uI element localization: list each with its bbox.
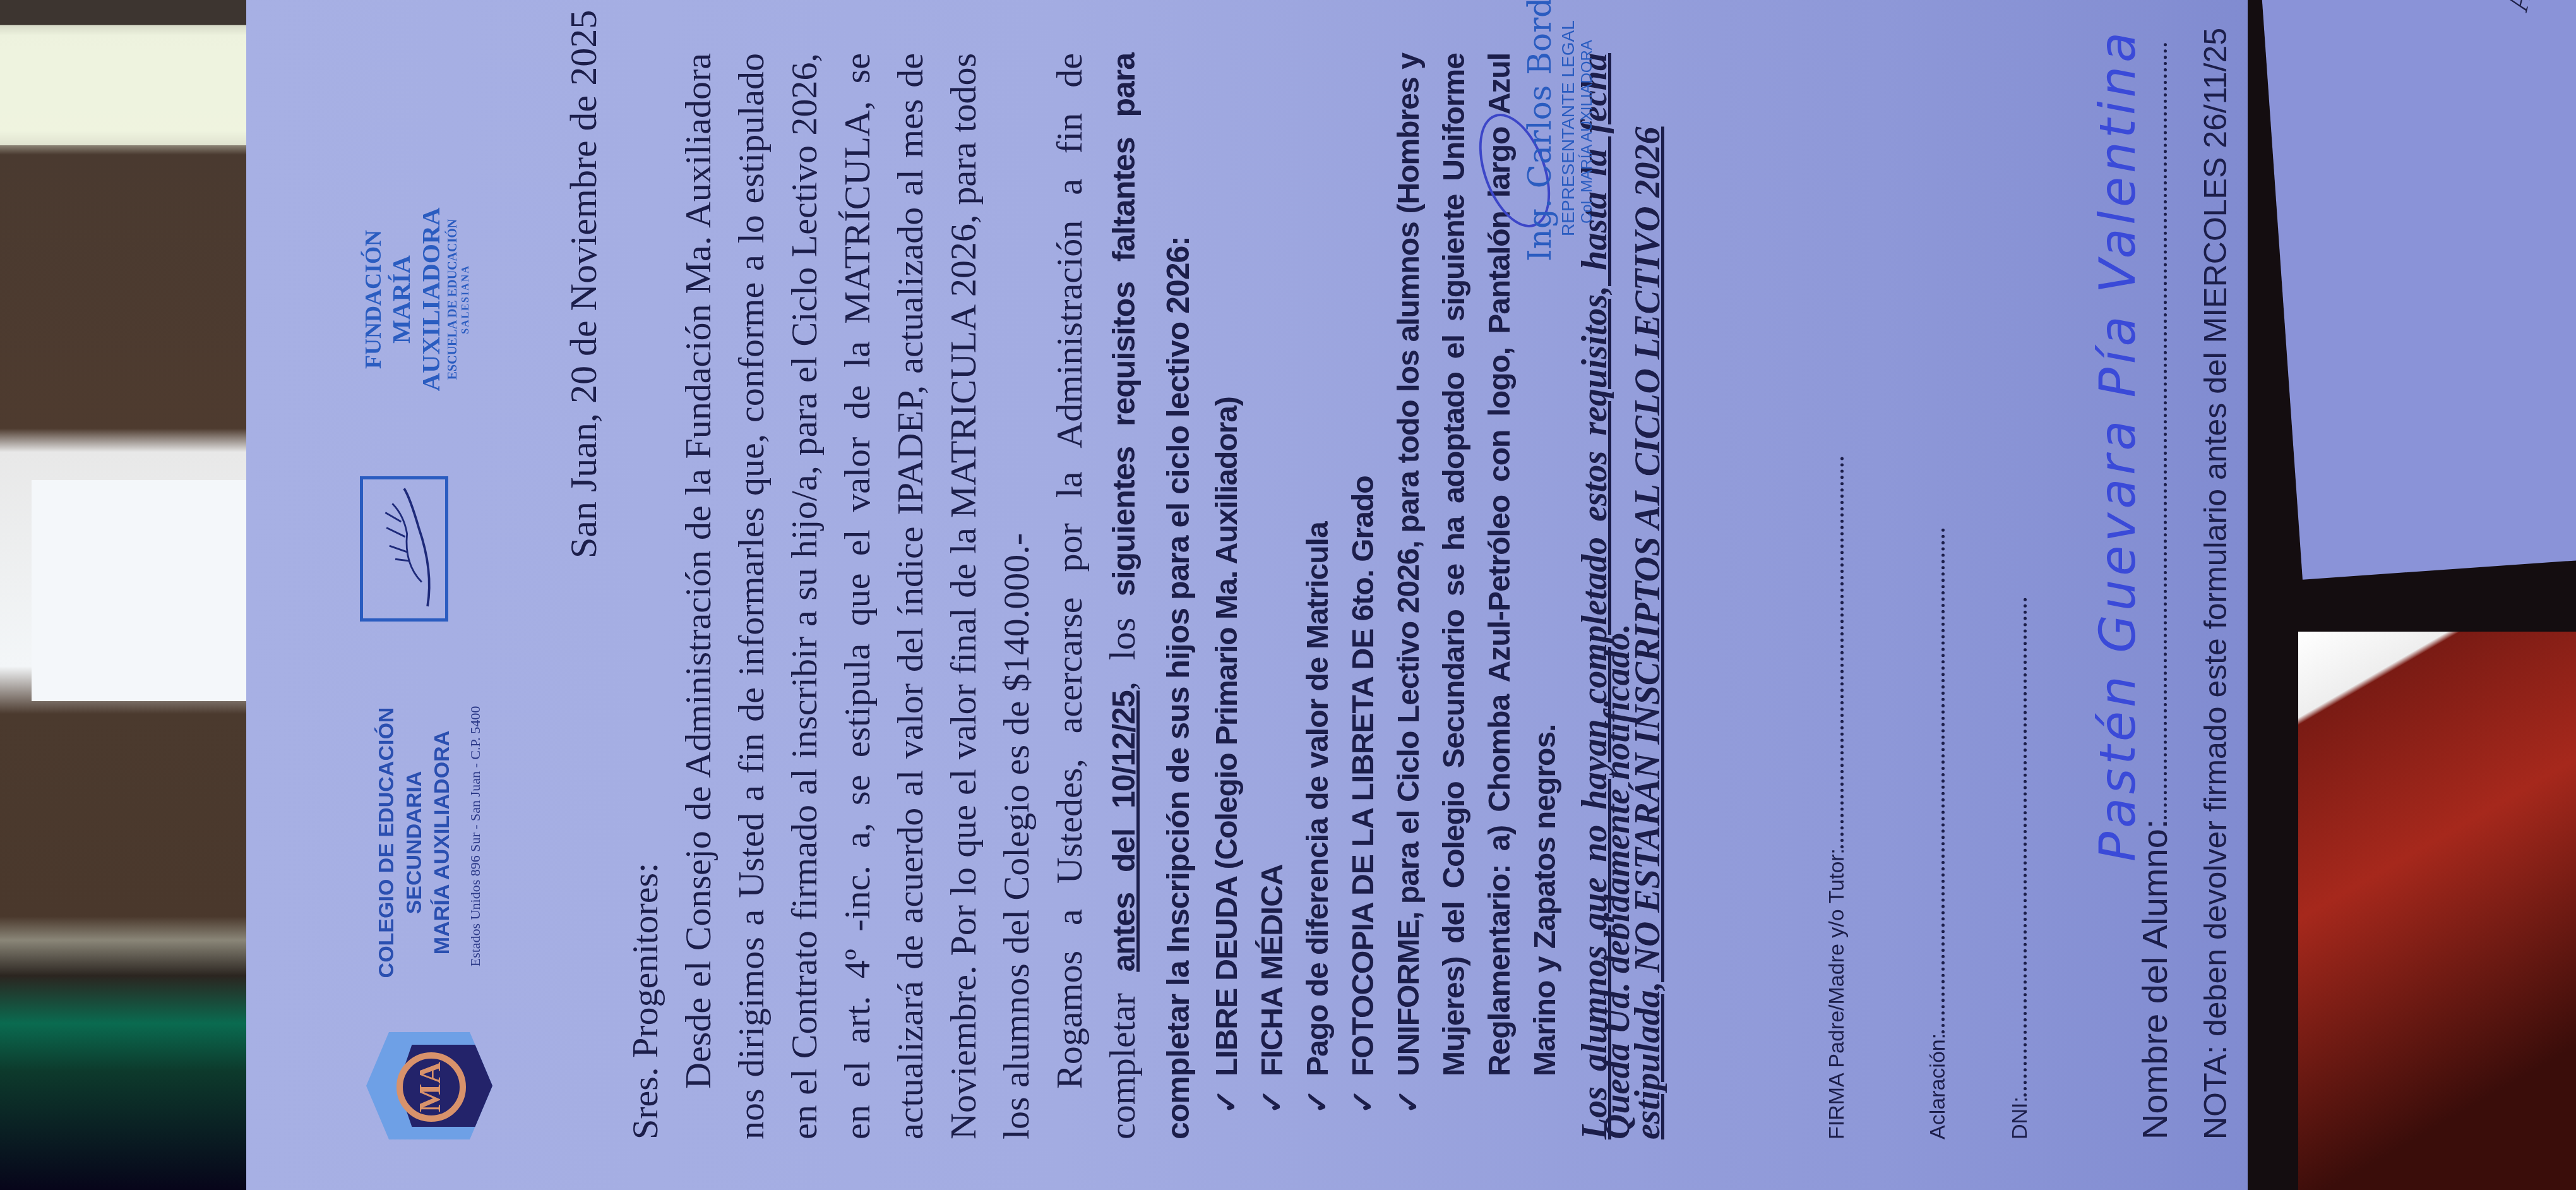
signer-name: Ing. Carlos Bordas xyxy=(1522,0,1558,261)
window-light xyxy=(32,480,253,701)
checklist-item: ✓Pago de diferencia de valor de Matricul… xyxy=(1296,53,1341,1114)
letter-page: MA COLEGIO DE EDUCACIÓN SECUNDARIA MARÍA… xyxy=(246,0,2286,1190)
notified-statement: Queda Ud. debidamente notificado. xyxy=(1597,623,1638,1139)
second-sheet: FIRMA Padre/Madre y/ Aclaración: DNI: xyxy=(2260,0,2576,580)
checklist-item: ✓FICHA MÉDICA xyxy=(1250,53,1296,1114)
deadline-date: antes del 10/12/25 xyxy=(1106,690,1142,971)
paragraph-matricula: Desde el Consejo de Administración de la… xyxy=(672,53,1043,1139)
hands-emblem-icon xyxy=(360,476,448,622)
return-note: NOTA: deben devolver firmado este formul… xyxy=(2197,28,2234,1139)
dni-field[interactable]: DNI: xyxy=(2008,598,2032,1139)
second-sheet-aclaracion: Aclaración: xyxy=(2498,0,2576,15)
window-light xyxy=(0,25,265,145)
checklist-item: ✓FOTOCOPIA DE LA LIBRETA DE 6to. Grado xyxy=(1341,53,1386,1114)
letterhead: MA COLEGIO DE EDUCACIÓN SECUNDARIA MARÍA… xyxy=(347,53,537,1139)
checkmark-icon: ✓ xyxy=(1341,1090,1386,1114)
document-photo: MA COLEGIO DE EDUCACIÓN SECUNDARIA MARÍA… xyxy=(246,0,2286,1190)
student-name-field[interactable]: Nombre del Alumno: Pastén Guevara Pía Va… xyxy=(2134,42,2175,1139)
checkmark-icon: ✓ xyxy=(1386,1090,1432,1114)
school-name: COLEGIO DE EDUCACIÓN SECUNDARIA MARÍA AU… xyxy=(373,666,456,1019)
checkmark-icon: ✓ xyxy=(1205,1090,1250,1114)
checkmark-icon: ✓ xyxy=(1296,1090,1341,1114)
crest-monogram: MA xyxy=(397,1052,466,1122)
paragraph-requisitos: Rogamos a Ustedes, acercarse por la Admi… xyxy=(1043,53,1205,1139)
signer-block: Ing. Carlos Bordas REPRESENTANTE LEGAL C… xyxy=(1522,0,1596,261)
firma-field[interactable]: FIRMA Padre/Madre y/o Tutor: xyxy=(1825,457,1849,1139)
school-name-line1: COLEGIO DE EDUCACIÓN SECUNDARIA xyxy=(373,666,428,1019)
aclaracion-field[interactable]: Aclaración: xyxy=(1926,528,1950,1139)
checklist-item: ✓LIBRE DEUDA (Colegio Primario Ma. Auxil… xyxy=(1205,53,1250,1114)
school-name-line2: MARÍA AUXILIADORA xyxy=(428,666,456,1019)
dni-line[interactable] xyxy=(2023,598,2027,1097)
foundation-name: FUNDACIÓN MARÍA AUXILIADORA ESCUELA DE E… xyxy=(360,205,472,394)
student-name-value: Pastén Guevara Pía Valentina xyxy=(2090,28,2147,862)
signature-line[interactable] xyxy=(1840,457,1844,848)
school-address: Estados Unidos 896 Sur - San Juan - C.P.… xyxy=(467,672,484,1001)
signer-org: Col. MARÍA AUXILIADORA xyxy=(1578,0,1596,224)
checkmark-icon: ✓ xyxy=(1250,1090,1296,1114)
student-name-line[interactable] xyxy=(2163,42,2167,819)
aclaracion-line[interactable] xyxy=(1941,528,1945,1033)
letter-date: San Juan, 20 de Noviembre de 2025 xyxy=(562,10,605,558)
background-windows xyxy=(0,0,265,1190)
salutation: Sres. Progenitores: xyxy=(619,53,672,1139)
second-sheet-dni: DNI: xyxy=(2570,0,2576,33)
signer-role: REPRESENTANTE LEGAL xyxy=(1558,0,1578,236)
background-object xyxy=(2298,632,2576,1190)
